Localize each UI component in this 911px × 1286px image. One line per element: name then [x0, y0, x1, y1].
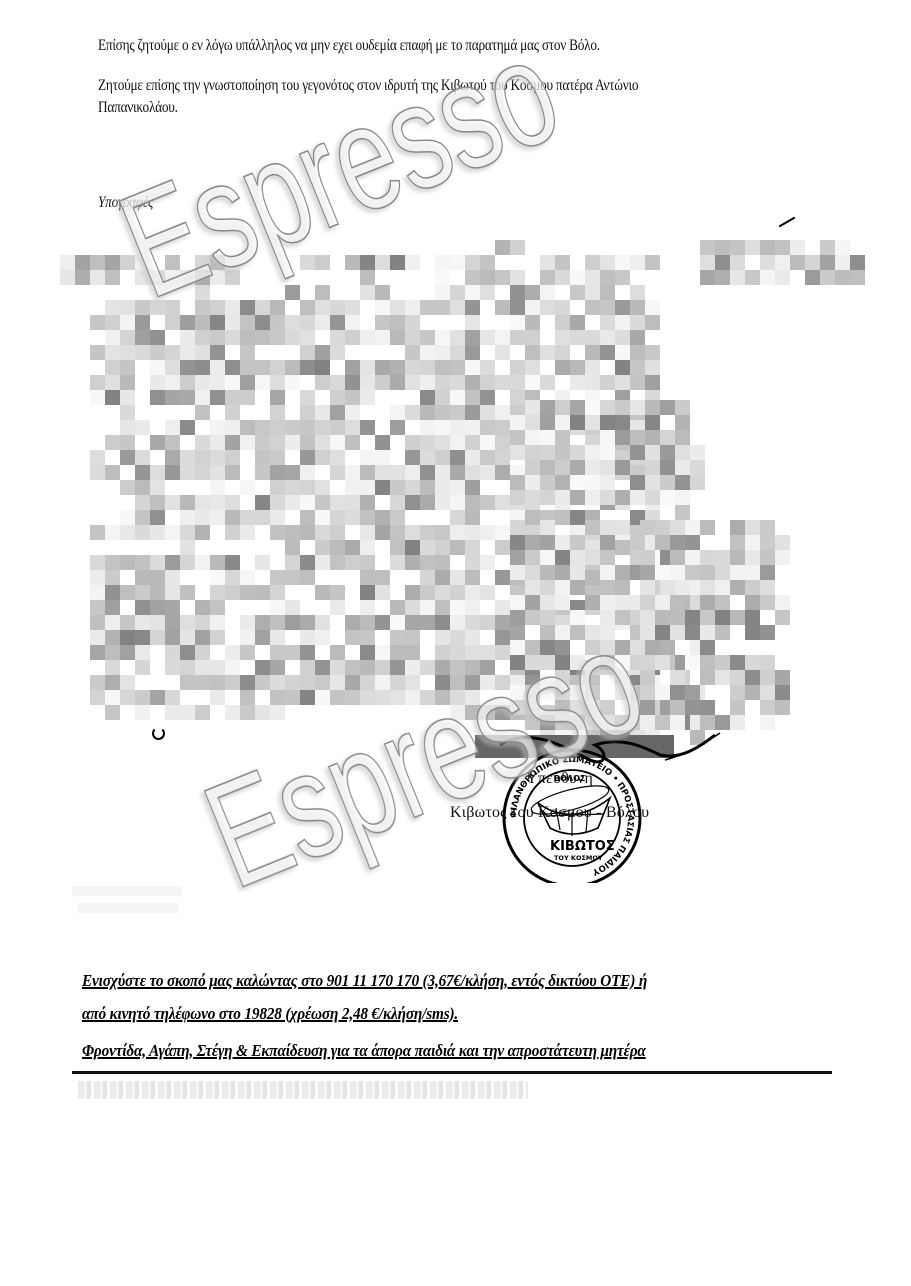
- footer-mission-line: Φροντίδα, Αγάπη, Στέγη & Εκπαίδευση για …: [82, 1041, 646, 1061]
- footer-donation-line: Ενισχύστε το σκοπό μας καλώντας στο 901 …: [82, 971, 647, 991]
- redacted-signatures-mosaic: [0, 0, 911, 780]
- signatory-role: Υπεύθυνη: [526, 770, 593, 788]
- stamp-logo-text: ΚΙΒΩΤΟΣ: [550, 839, 615, 854]
- signatory-organization: Κιβωτος του Κοσμου - Βόλου: [450, 804, 649, 822]
- stamp-logo-subtext: ΤΟΥ ΚΟΣΜΟΥ: [554, 854, 603, 862]
- redacted-address-line: [78, 1081, 528, 1099]
- faint-smudge: [72, 886, 182, 896]
- footer-sms-line: από κινητό τηλέφωνο στο 19828 (χρέωση 2,…: [82, 1004, 458, 1024]
- footer-divider: [72, 1071, 832, 1074]
- signature-stroke: [152, 727, 165, 740]
- faint-smudge: [78, 903, 178, 913]
